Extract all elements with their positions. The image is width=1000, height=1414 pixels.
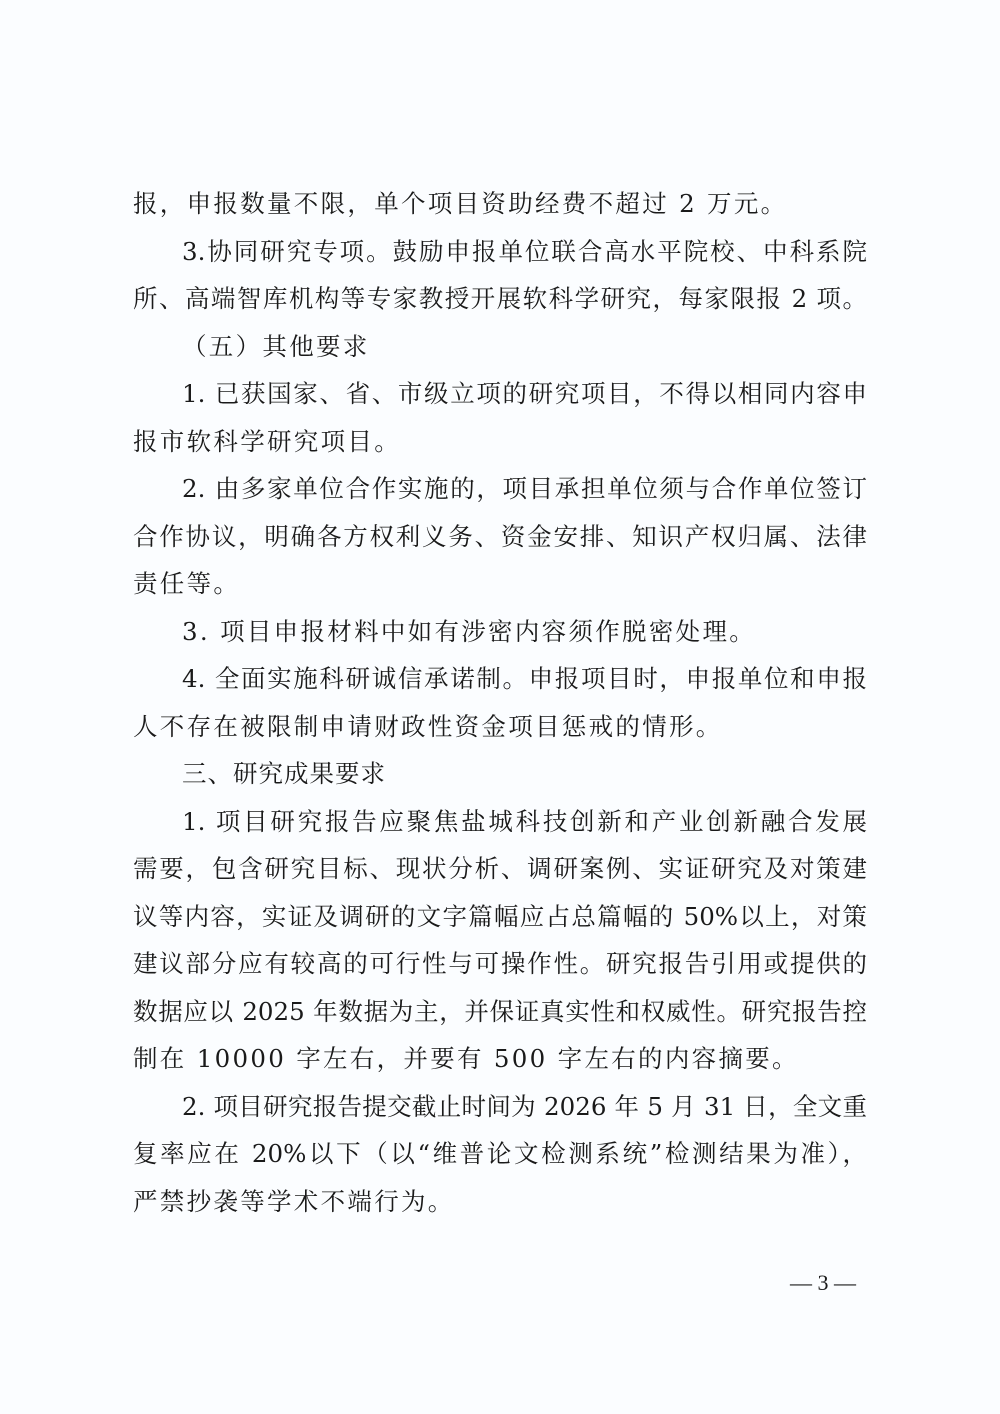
text-line-10: 3. 项目申报材料中如有涉密内容须作脱密处理。 [133, 608, 867, 656]
text-line-19: 制在 10000 字左右，并要有 500 字左右的内容摘要。 [133, 1035, 867, 1083]
text-line-9: 责任等。 [133, 560, 867, 608]
text-line-17: 建议部分应有较高的可行性与可操作性。研究报告引用或提供的 [133, 940, 867, 988]
text-line-14: 1. 项目研究报告应聚焦盐城科技创新和产业创新融合发展 [133, 798, 867, 846]
text-line-12: 人不存在被限制申请财政性资金项目惩戒的情形。 [133, 703, 867, 751]
text-line-18: 数据应以 2025 年数据为主，并保证真实性和权威性。研究报告控 [133, 988, 867, 1036]
text-line-21: 复率应在 20%以下（以“维普论文检测系统”检测结果为准）， [133, 1130, 867, 1178]
text-line-3: 所、高端智库机构等专家教授开展软科学研究，每家限报 2 项。 [133, 275, 867, 323]
text-line-20: 2. 项目研究报告提交截止时间为 2026 年 5 月 31 日，全文重 [133, 1083, 867, 1131]
section-heading-research-results: 三、研究成果要求 [133, 750, 867, 798]
page-number: — 3 — [790, 1270, 856, 1296]
text-line-22: 严禁抄袭等学术不端行为。 [133, 1178, 867, 1226]
text-line-1: 报，申报数量不限，单个项目资助经费不超过 2 万元。 [133, 180, 867, 228]
text-line-7: 2. 由多家单位合作实施的，项目承担单位须与合作单位签订 [133, 465, 867, 513]
text-line-16: 议等内容，实证及调研的文字篇幅应占总篇幅的 50%以上，对策 [133, 893, 867, 941]
text-line-6: 报市软科学研究项目。 [133, 418, 867, 466]
subsection-heading-other-requirements: （五）其他要求 [133, 323, 867, 371]
document-body: 报，申报数量不限，单个项目资助经费不超过 2 万元。 3.协同研究专项。鼓励申报… [133, 180, 867, 1225]
text-line-8: 合作协议，明确各方权利义务、资金安排、知识产权归属、法律 [133, 513, 867, 561]
text-line-11: 4. 全面实施科研诚信承诺制。申报项目时，申报单位和申报 [133, 655, 867, 703]
text-line-15: 需要，包含研究目标、现状分析、调研案例、实证研究及对策建 [133, 845, 867, 893]
text-line-5: 1. 已获国家、省、市级立项的研究项目，不得以相同内容申 [133, 370, 867, 418]
text-line-2: 3.协同研究专项。鼓励申报单位联合高水平院校、中科系院 [133, 228, 867, 276]
